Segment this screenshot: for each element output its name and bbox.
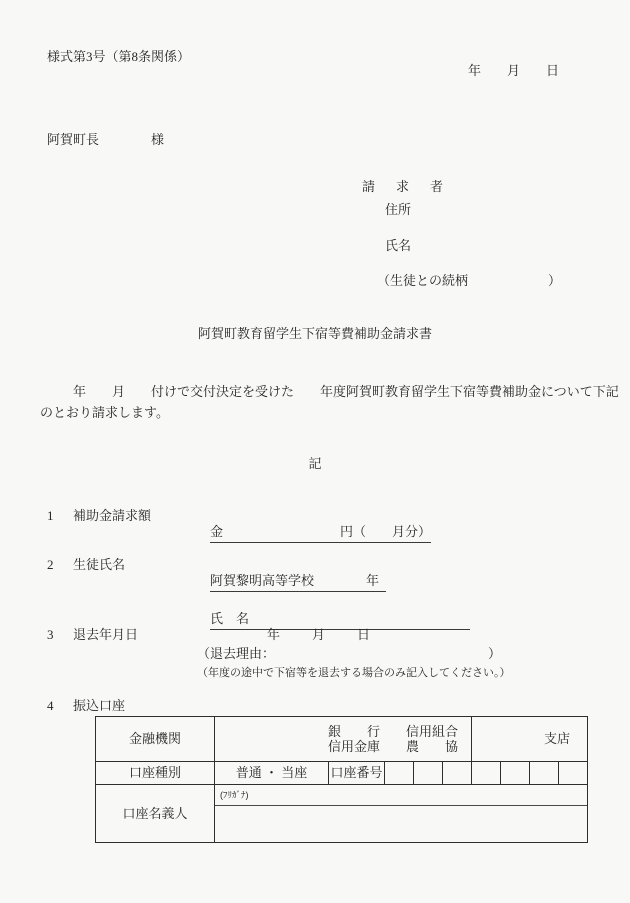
account-number-label: 口座番号 [328, 762, 384, 784]
account-type-options[interactable]: 普通 ・ 当座 [214, 762, 328, 784]
holder-label: 口座名義人 [96, 785, 214, 842]
relation-field[interactable]: （生徒との続柄 ） [377, 272, 561, 290]
subsidy-claim-form-page: 様式第3号（第8条関係） 年 月 日 阿賀町長 様 請 求 者 住所 氏名 （生… [0, 0, 630, 903]
header-date-field[interactable]: 年 月 日 [468, 62, 559, 80]
bank-types-line2: 信用金庫 農 協 [328, 739, 458, 754]
addressee: 阿賀町長 様 [47, 131, 164, 149]
form-title: 阿賀町教育留学生下宿等費補助金請求書 [0, 325, 630, 343]
reason-close-text: ） [488, 645, 501, 663]
furigana-field[interactable]: (ﾌﾘｶﾞﾅ) [215, 785, 587, 806]
holder-cell: (ﾌﾘｶﾞﾅ) [214, 785, 587, 842]
bank-account-table: 金融機関 銀 行 信用組合 信用金庫 農 協 支店 口座種別 普通 ・ 当座 口… [95, 716, 588, 843]
claimant-name-label: 氏名 [385, 237, 411, 255]
account-number-box[interactable] [529, 762, 558, 784]
body-line-1: 年 月 付けで交付決定を受けた 年度阿賀町教育留学生下宿等費補助金について下記 [40, 383, 619, 401]
institution-label: 金融機関 [96, 717, 214, 761]
reason-open-text: （退去理由： [197, 645, 275, 663]
branch-label: 支店 [544, 730, 570, 748]
holder-name-field[interactable] [215, 806, 587, 842]
branch-field[interactable]: 支店 [471, 717, 587, 761]
item2-label: 生徒氏名 [73, 556, 125, 574]
account-number-box[interactable] [442, 762, 471, 784]
relation-open-text: （生徒との続柄 [377, 272, 468, 290]
item4-number: 4 [47, 697, 54, 715]
amount-field[interactable]: 金 円（ 月分） [210, 523, 431, 544]
moveout-reason-field[interactable]: （退去理由： ） [197, 645, 501, 663]
account-number-boxes [384, 762, 587, 784]
account-number-box[interactable] [385, 762, 413, 784]
account-number-box[interactable] [413, 762, 442, 784]
item3-number: 3 [47, 626, 54, 644]
moveout-date-field[interactable]: 年 月 日 [267, 626, 372, 644]
item1-number: 1 [47, 507, 54, 525]
school-grade-field[interactable]: 阿賀黎明高等学校 年 [210, 572, 386, 593]
list-heading: 記 [0, 455, 630, 473]
account-type-label: 口座種別 [96, 762, 214, 784]
form-number: 様式第3号（第8条関係） [47, 48, 190, 66]
claimant-heading: 請 求 者 [362, 178, 447, 196]
account-number-box[interactable] [500, 762, 529, 784]
address-label: 住所 [385, 201, 411, 219]
relation-close-text: ） [548, 272, 561, 290]
item1-label: 補助金請求額 [73, 507, 151, 525]
bank-types-line1: 銀 行 信用組合 [328, 724, 458, 739]
body-line-2: のとおり請求します。 [40, 404, 169, 422]
account-number-box[interactable] [558, 762, 587, 784]
institution-field[interactable]: 銀 行 信用組合 信用金庫 農 協 [214, 717, 471, 761]
moveout-note: （年度の途中で下宿等を退去する場合のみ記入してください。） [197, 666, 511, 681]
item3-label: 退去年月日 [73, 626, 138, 644]
item4-label: 振込口座 [73, 697, 125, 715]
item2-number: 2 [47, 556, 54, 574]
account-number-box[interactable] [471, 762, 500, 784]
